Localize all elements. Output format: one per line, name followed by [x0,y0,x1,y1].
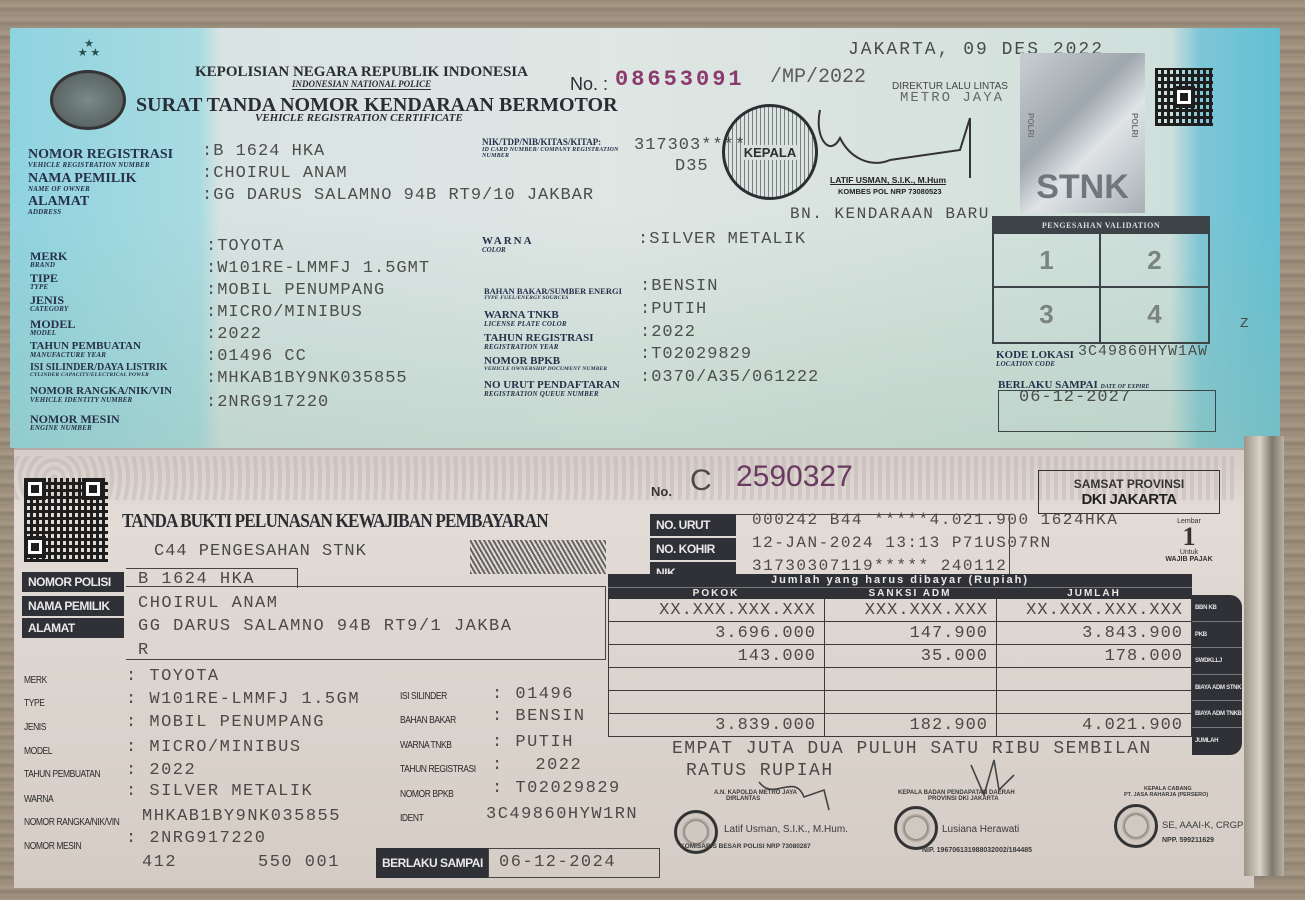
validation-cell-2: 2 [1101,234,1208,288]
validation-table: PENGESAHAN VALIDATION 1 2 3 4 [992,216,1210,344]
vin-value: MHKAB1BY9NK035855 [142,808,341,825]
payment-row-labels: BBN KB PKB SWDKLLJ BIAYA ADM STNK BIAYA … [1192,595,1242,755]
address-value: GG DARUS SALAMNO 94B RT9/1 JAKBA [138,618,512,635]
signatory-rank: KOMBES POL NRP 73080523 [838,187,942,196]
owner-name-label: NAMA PEMILIKNAME OF OWNER [28,172,137,193]
model-value: : MICRO/MINIBUS [126,739,302,756]
color-label: WARNA [24,795,53,805]
category-label: JENIS [24,723,46,733]
address-value-continued: R [138,642,150,659]
engine-number-value: : 2NRG917220 [126,830,266,847]
registration-number-label: NOMOR REGISTRASIVEHICLE REGISTRATION NUM… [28,148,173,169]
fuel-label: BAHAN BAKAR/SUMBER ENERGITYPE FUEL/ENERG… [484,287,622,301]
stars-icon: ★★ ★ [74,40,104,58]
certificate-number-label: No. : [570,74,608,95]
cylinder-value: :01496 CC [206,348,307,365]
nik-value: 31730307119***** 240112 [752,558,1007,574]
owner-name-label: NAMA PEMILIK [22,596,124,616]
fuel-value: :BENSIN [640,278,718,295]
queue-number-value: 000242 B44 *****4.021.900 1624HKA [752,512,1118,528]
validation-cell-4: 4 [1101,288,1208,342]
official-stamp: KEPALA [722,104,818,200]
color-value: :SILVER METALIK [638,231,806,248]
location-code-label: KODE LOKASILOCATION CODE [996,350,1074,368]
qr-code-icon [1155,68,1213,126]
fuel-value: : BENSIN [492,708,586,725]
registration-number-value: :B 1624 HKA [202,143,325,160]
registration-year-label: TAHUN REGISTRASI [400,765,476,775]
receipt-expiry-box: 06-12-2024 [488,848,660,878]
payment-table-header: POKOK SANKSI ADM JUMLAH [608,587,1192,599]
location-mark: Z [1240,316,1248,332]
payment-table-title: Jumlah yang harus dibayar (Rupiah) [608,574,1192,587]
security-barcode [470,540,606,574]
color-label: WARNACOLOR [482,236,534,254]
manufacture-year-value: : 2022 [126,762,196,779]
queue-number-label: NO URUT PENDAFTARANREGISTRATION QUEUE NU… [484,380,620,398]
brand-value: :TOYOTA [206,238,284,255]
type-value: : W101RE-LMMFJ 1.5GM [126,691,360,708]
manufacture-year-label: TAHUN PEMBUATAN [24,770,100,780]
validation-cell-3: 3 [994,288,1101,342]
registration-year-value: :2022 [640,324,696,341]
address-label: ALAMAT [22,618,124,638]
sheet-marker: Lembar 1 Untuk WAJIB PAJAK [1164,518,1214,563]
owner-name-value: :CHOIRUL ANAM [202,165,348,182]
plate-color-label: WARNA TNKBLICENSE PLATE COLOR [484,310,567,328]
agency-name-en: INDONESIAN NATIONAL POLICE [292,79,431,90]
receipt-series: C [690,464,712,498]
amount-in-words-1: EMPAT JUTA DUA PULUH SATU RIBU SEMBILAN [672,740,1152,758]
receipt-expiry-value: 06-12-2024 [499,854,616,871]
type-value: :W101RE-LMMFJ 1.5GMT [206,260,430,277]
new-vehicle-note: BN. KENDARAAN BARU [790,205,990,223]
address-label: ALAMATADDRESS [28,195,89,216]
certificate-number-suffix: /MP/2022 [770,66,866,89]
category-label: JENISCATEGORY [30,294,68,313]
receipt-expiry-label: BERLAKU SAMPAI [376,848,488,878]
signature-police-icon [754,762,844,812]
stnk-hologram: STNK POLRI POLRI [1020,53,1145,213]
brand-value: : TOYOTA [126,668,220,685]
queue-number-label: NO. URUT [650,514,736,536]
receipt-subtitle: C44 PENGESAHAN STNK [154,542,367,561]
category-value: :MOBIL PENUMPANG [206,282,385,299]
cylinder-value: : 01496 [492,686,574,703]
table-row-total: 3.839.000182.9004.021.900 [608,714,1192,737]
type-label: TYPE [24,699,45,709]
payment-table: Jumlah yang harus dibayar (Rupiah) POKOK… [608,574,1192,737]
bpkb-label: NOMOR BPKBVEHICLE OWNERSHIP DOCUMENT NUM… [484,356,607,373]
receipt-number: 2590327 [736,460,853,494]
table-row [608,691,1192,714]
document-title-en: VEHICLE REGISTRATION CERTIFICATE [255,112,463,124]
expiry-value: 06-12-2027 [1019,389,1131,406]
row-label-total: JUMLAH [1192,728,1242,755]
stnk-certificate: ★★ ★ KEPOLISIAN NEGARA REPUBLIK INDONESI… [10,28,1280,448]
color-value: : SILVER METALIK [126,783,313,800]
plate-color-value: : PUTIH [492,734,574,751]
samsat-box: SAMSAT PROVINSI DKI JAKARTA [1038,470,1220,514]
owner-name-value: CHOIRUL ANAM [138,595,278,612]
brand-label: MERKBRAND [30,250,67,269]
bpkb-label: NOMOR BPKB [400,790,453,800]
model-label: MODELMODEL [30,318,75,337]
signature-bapenda-icon [969,755,1029,805]
row-label-pkb: PKB [1192,622,1242,649]
manufacture-year-label: TAHUN PEMBUATANMANUFACTURE YEAR [30,341,141,359]
plate-number-value: B 1624 HKA [138,571,255,588]
row-label-bbnkb: BBN KB [1192,595,1242,622]
registration-year-value: : 2022 [492,757,582,774]
kohir-number-value: 12-JAN-2024 13:13 P71US07RN [752,535,1052,551]
receipt-qr-code-icon [24,478,108,562]
vin-value: :MHKAB1BY9NK035855 [206,370,408,387]
expiry-box: 06-12-2027 [998,390,1216,432]
queue-number-value: :0370/A35/061222 [640,369,819,386]
brand-label: MERK [24,676,47,686]
receipt-number-label: No. [651,484,672,499]
row-label-swdkllj: SWDKLLJ [1192,648,1242,675]
registration-year-label: TAHUN REGISTRASIREGISTRATION YEAR [484,333,594,351]
cylinder-label: ISI SILINDER [400,692,447,702]
ident-label: IDENT [400,814,423,824]
fuel-label: BAHAN BAKAR [400,716,456,726]
police-emblem-icon [50,70,126,130]
payment-receipt: TANDA BUKTI PELUNASAN KEWAJIBAN PEMBAYAR… [14,448,1254,888]
row-label-adm-tnkb: BIAYA ADM TNKB [1192,701,1242,728]
cylinder-label: ISI SILINDER/DAYA LISTRIKCYLINDER CAPACI… [30,363,168,379]
kohir-number-label: NO. KOHIR [650,538,736,560]
ident-value: 3C49860HYW1RN [486,806,638,823]
extra-code-b: 550 001 [258,854,340,871]
manufacture-year-value: :2022 [206,326,262,343]
vin-label: NOMOR RANGKA/NIK/VIN [24,818,119,828]
location-code-value: 3C49860HYW1AW [1078,344,1208,359]
nik-label: NIK/TDP/NIB/KITAS/KITAP:ID CARD NUMBER/ … [482,138,632,159]
extra-code-a: 412 [142,854,177,871]
address-value: :GG DARUS SALAMNO 94B RT9/10 JAKBAR [202,187,594,204]
validation-cell-1: 1 [994,234,1101,288]
plate-number-label: NOMOR POLISI [22,572,124,592]
certificate-number: 08653091 [615,67,745,92]
receipt-title: TANDA BUKTI PELUNASAN KEWAJIBAN PEMBAYAR… [122,510,548,533]
nik-value-2: D35 [675,158,709,175]
row-label-adm-stnk: BIAYA ADM STNK [1192,675,1242,702]
model-value: :MICRO/MINIBUS [206,304,363,321]
signatory-name: LATIF USMAN, S.I.K., M.Hum [830,175,946,185]
table-row: XX.XXX.XXX.XXXXXX.XXX.XXXXX.XXX.XXX.XXX [608,599,1192,622]
table-row: 3.696.000147.9003.843.900 [608,622,1192,645]
bpkb-value: :T02029829 [640,346,752,363]
signature-block-jasa-raharja: KEPALA CABANG PT. JASA RAHARJA (PERSERO)… [1124,786,1243,844]
vin-label: NOMOR RANGKA/NIK/VINVEHICLE IDENTITY NUM… [30,386,172,404]
category-value: : MOBIL PENUMPANG [126,714,325,731]
bpkb-value: : T02029829 [492,780,621,797]
validation-title: PENGESAHAN VALIDATION [994,218,1208,234]
model-label: MODEL [24,747,52,757]
plate-color-value: :PUTIH [640,301,707,318]
table-row: 143.00035.000178.000 [608,645,1192,668]
type-label: TIPETYPE [30,272,58,291]
engine-number-label: NOMOR MESIN [24,842,81,852]
security-foil [1244,436,1284,876]
table-row [608,668,1192,691]
engine-number-value: :2NRG917220 [206,394,329,411]
engine-number-label: NOMOR MESINENGINE NUMBER [30,413,120,432]
plate-color-label: WARNA TNKB [400,741,451,751]
